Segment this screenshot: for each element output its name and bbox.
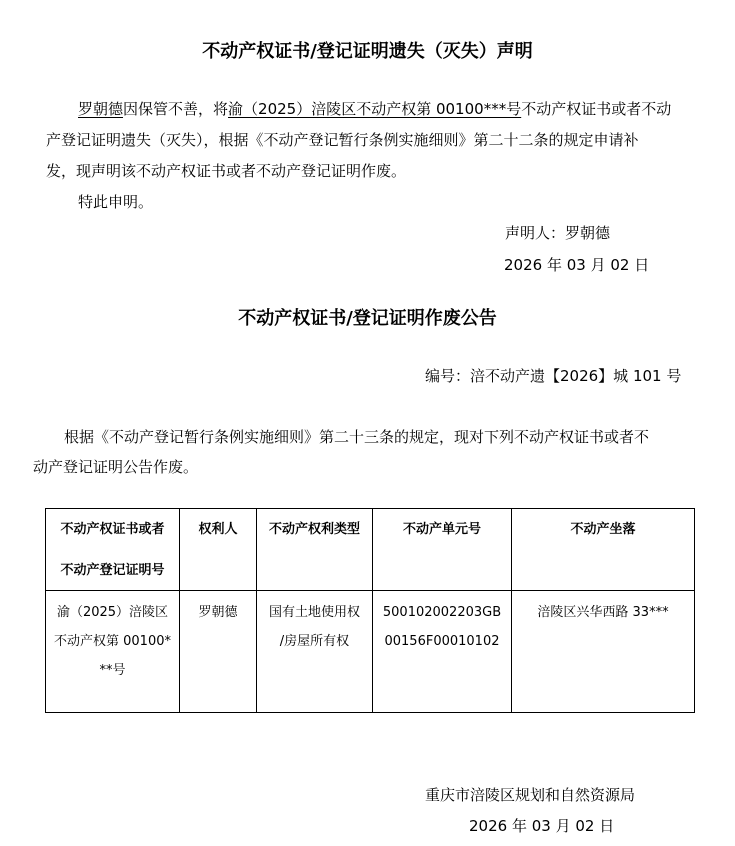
- header-line: 不动产单元号: [373, 515, 511, 544]
- cell-line: /房屋所有权: [257, 627, 372, 656]
- cell-line: **号: [46, 656, 179, 685]
- certificate-number: 渝（2025）涪陵区不动产权第 00100***号: [228, 100, 521, 118]
- header-line: 不动产坐落: [512, 515, 694, 544]
- announcement-title: 不动产权证书/登记证明作废公告: [0, 304, 735, 330]
- declaration-line-2: 产登记证明遗失（灭失），根据《不动产登记暂行条例实施细则》第二十二条的规定申请补: [46, 129, 639, 150]
- header-line: 不动产权证书或者: [46, 515, 179, 544]
- declaration-line-1: 罗朝德因保管不善，将渝（2025）涪陵区不动产权第 00100***号不动产权证…: [78, 98, 671, 119]
- header-location: 不动产坐落: [512, 509, 695, 591]
- announcement-body-line-1: 根据《不动产登记暂行条例实施细则》第二十三条的规定，现对下列不动产权证书或者不: [64, 426, 649, 447]
- voided-certificates-table: 不动产权证书或者 不动产登记证明号 权利人 不动产权利类型 不动产单元号 不动产…: [45, 508, 695, 713]
- announcement-body-line-2: 动产登记证明公告作废。: [33, 456, 198, 477]
- table-header-row: 不动产权证书或者 不动产登记证明号 权利人 不动产权利类型 不动产单元号 不动产…: [46, 509, 695, 591]
- header-line: 权利人: [180, 515, 256, 544]
- cell-unit-no: 500102002203GB 00156F00010102: [373, 591, 512, 713]
- cell-line: 500102002203GB: [373, 598, 511, 627]
- cell-line: 罗朝德: [180, 598, 256, 627]
- cell-line: 涪陵区兴华西路 33***: [512, 598, 694, 627]
- declarant-name: 罗朝德: [78, 100, 123, 118]
- table-row: 渝（2025）涪陵区 不动产权第 00100* **号 罗朝德 国有土地使用权 …: [46, 591, 695, 713]
- header-owner: 权利人: [180, 509, 257, 591]
- header-cert-no: 不动产权证书或者 不动产登记证明号: [46, 509, 180, 591]
- cell-line: 国有土地使用权: [257, 598, 372, 627]
- declaration-text: 因保管不善，将: [123, 100, 228, 118]
- declaration-title: 不动产权证书/登记证明遗失（灭失）声明: [0, 37, 735, 63]
- declarant-signature: 声明人：罗朝德: [505, 222, 610, 243]
- cell-line: 不动产权第 00100*: [46, 627, 179, 656]
- issuing-authority: 重庆市涪陵区规划和自然资源局: [425, 784, 635, 805]
- declaration-date: 2026 年 03 月 02 日: [504, 254, 649, 275]
- announcement-date: 2026 年 03 月 02 日: [469, 815, 614, 836]
- cell-owner: 罗朝德: [180, 591, 257, 713]
- cell-line: 00156F00010102: [373, 627, 511, 656]
- declaration-line-3: 发，现声明该不动产权证书或者不动产登记证明作废。: [46, 160, 406, 181]
- header-unit-no: 不动产单元号: [373, 509, 512, 591]
- declaration-text: 不动产权证书或者不动: [521, 100, 671, 118]
- header-right-type: 不动产权利类型: [257, 509, 373, 591]
- cell-right-type: 国有土地使用权 /房屋所有权: [257, 591, 373, 713]
- announcement-number: 编号：涪不动产遗【2026】城 101 号: [425, 365, 681, 386]
- header-line: 不动产权利类型: [257, 515, 372, 544]
- cell-line: 渝（2025）涪陵区: [46, 598, 179, 627]
- cell-cert-no: 渝（2025）涪陵区 不动产权第 00100* **号: [46, 591, 180, 713]
- declaration-closing: 特此申明。: [78, 191, 153, 212]
- header-line: 不动产登记证明号: [46, 556, 179, 585]
- cell-location: 涪陵区兴华西路 33***: [512, 591, 695, 713]
